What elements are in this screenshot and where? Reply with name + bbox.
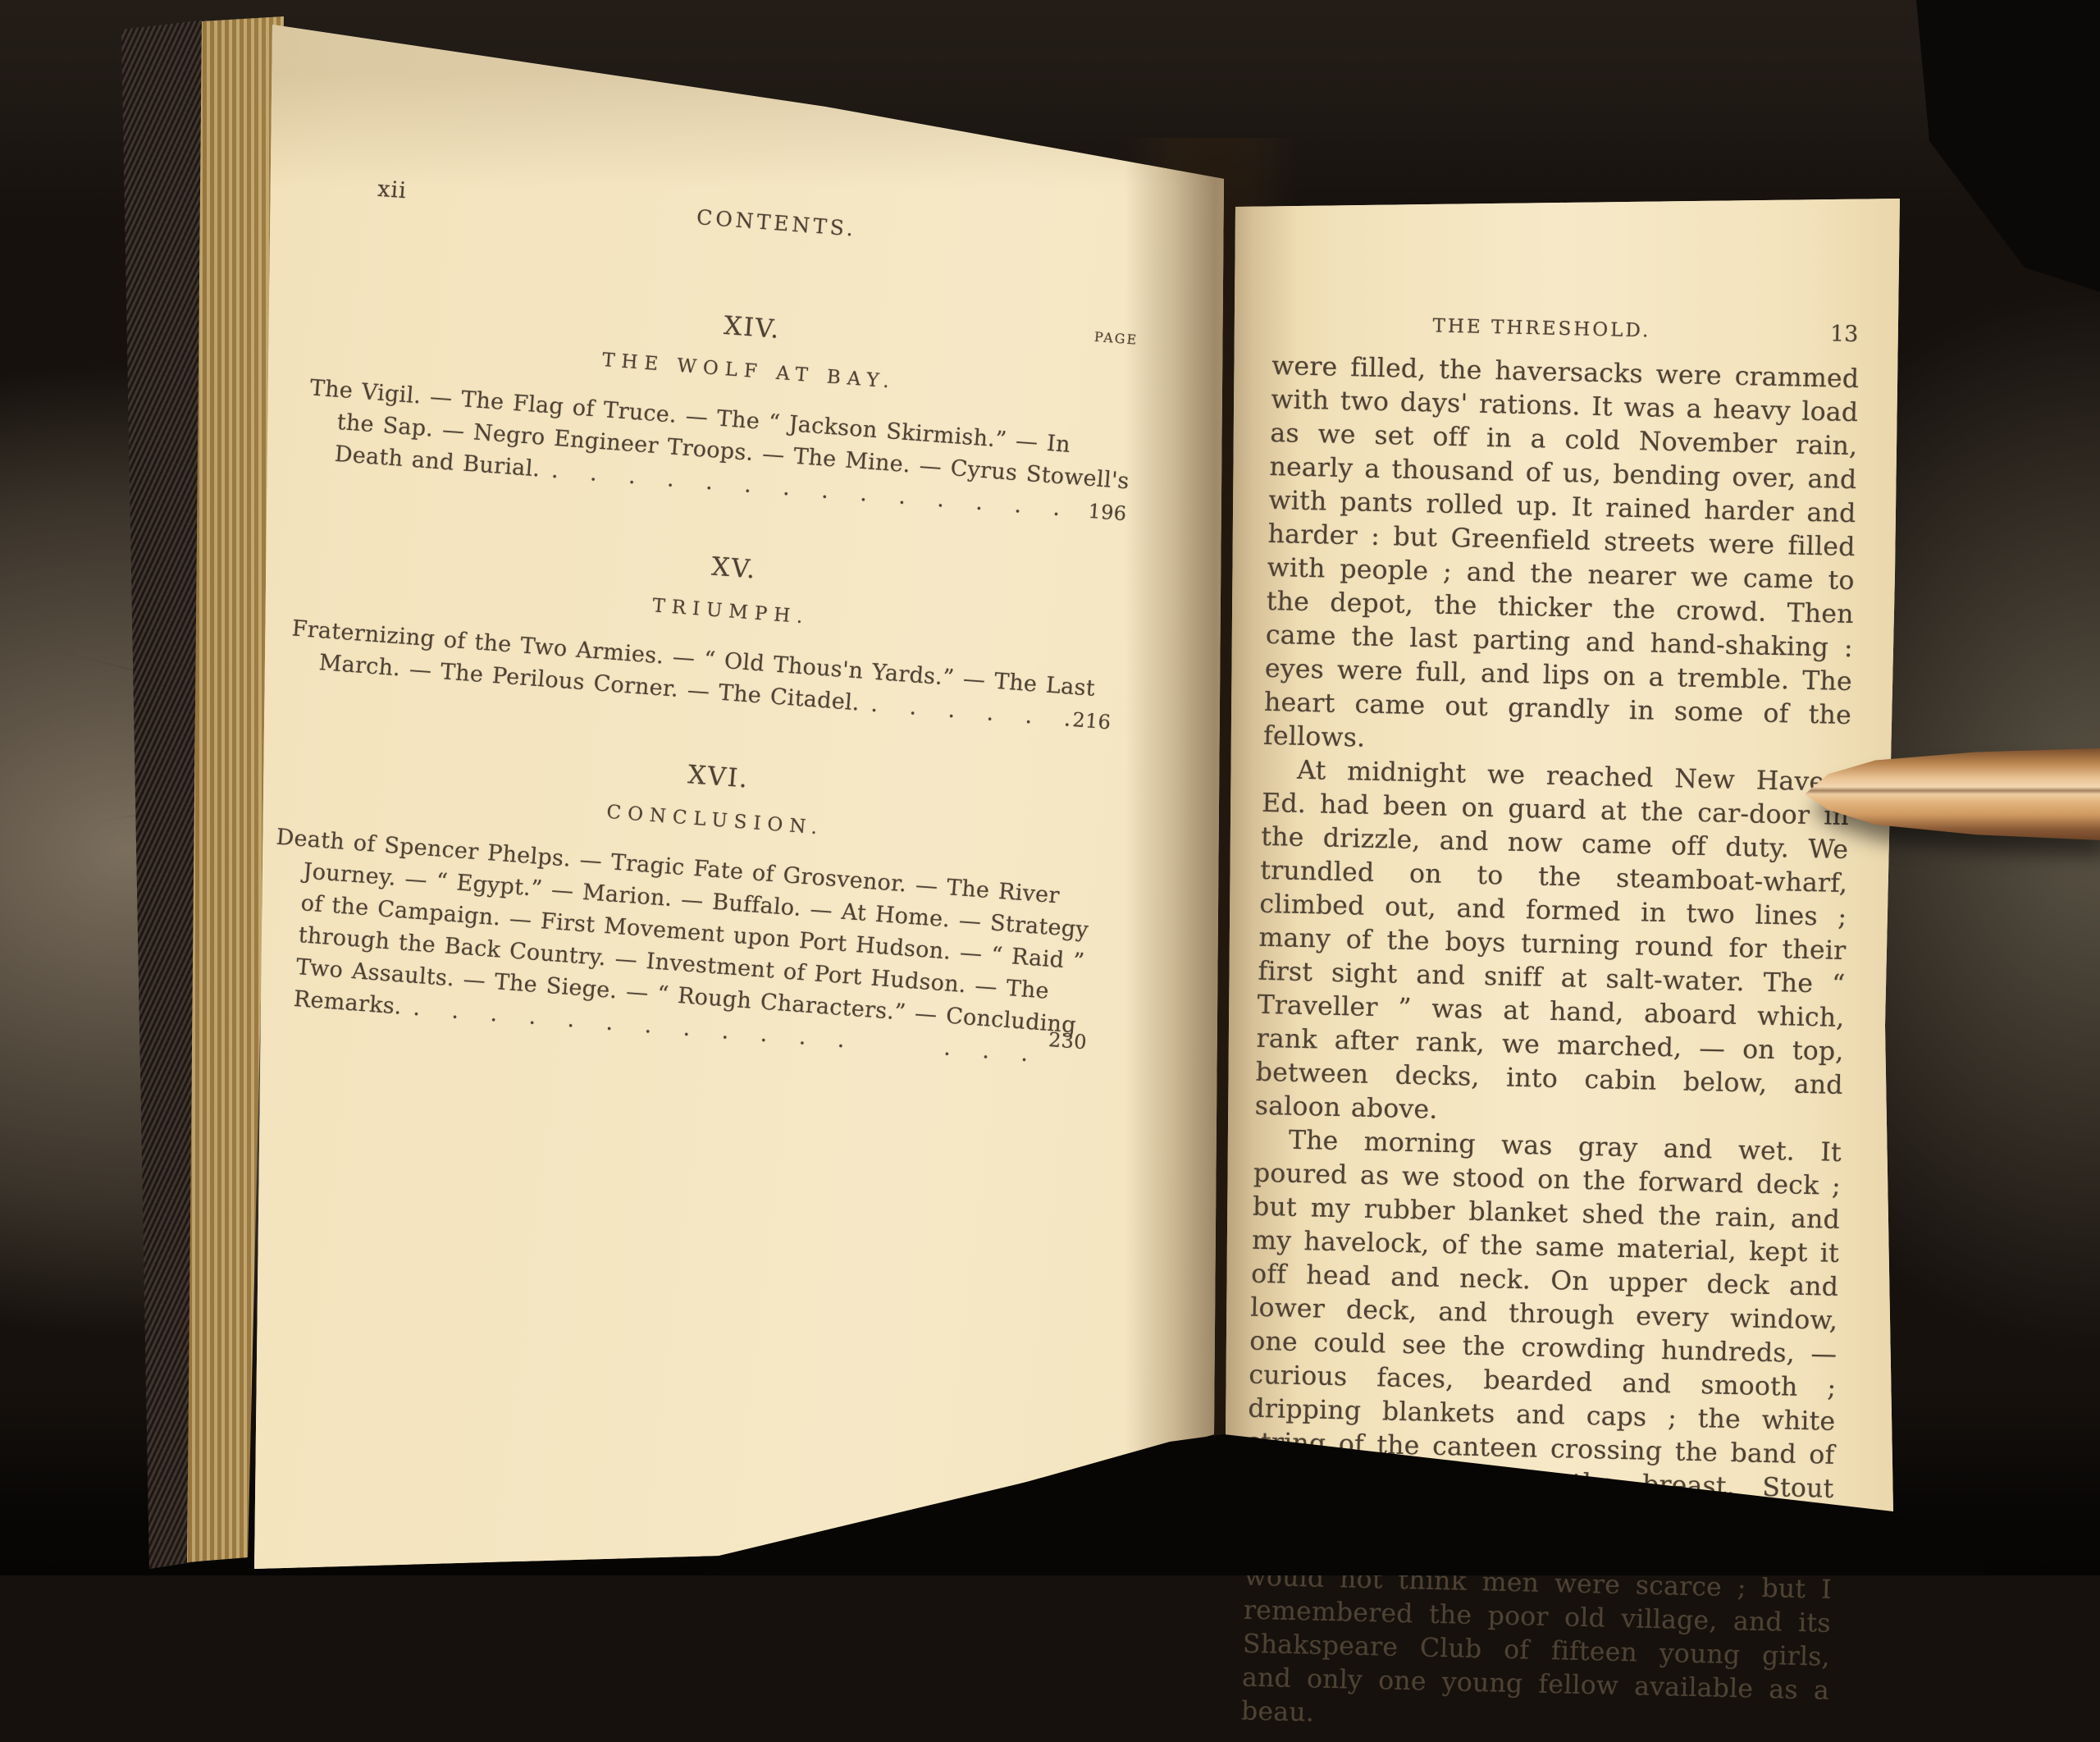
toc-section-xv: XV. TRIUMPH. Fraternizing of the Two Arm… — [288, 521, 1121, 739]
book-photo-scene: xii CONTENTS. XIV. THE WOLF AT BAY. PAGE… — [0, 0, 2100, 1575]
letter-opener — [1805, 748, 2100, 840]
toc-section-xiv: XIV. THE WOLF AT BAY. PAGE The Vigil. — … — [304, 281, 1139, 531]
body-paragraph: At midnight we reached New Haven. Ed. ha… — [1254, 753, 1850, 1136]
contents-page: xii CONTENTS. XIV. THE WOLF AT BAY. PAGE… — [263, 169, 1148, 1075]
threshold-page: THE THRESHOLD. 13 were filled, the haver… — [1241, 307, 1860, 1575]
right-page-folio: 13 — [1830, 321, 1859, 347]
page-ref: 216 — [1071, 704, 1112, 738]
body-paragraph: were filled, the haversacks were crammed… — [1263, 350, 1860, 766]
page-ref: 196 — [1087, 496, 1128, 530]
letter-opener-blade — [1805, 748, 2100, 840]
page-column-label: PAGE — [1093, 321, 1139, 356]
page-ref: 230 — [1048, 1024, 1089, 1058]
